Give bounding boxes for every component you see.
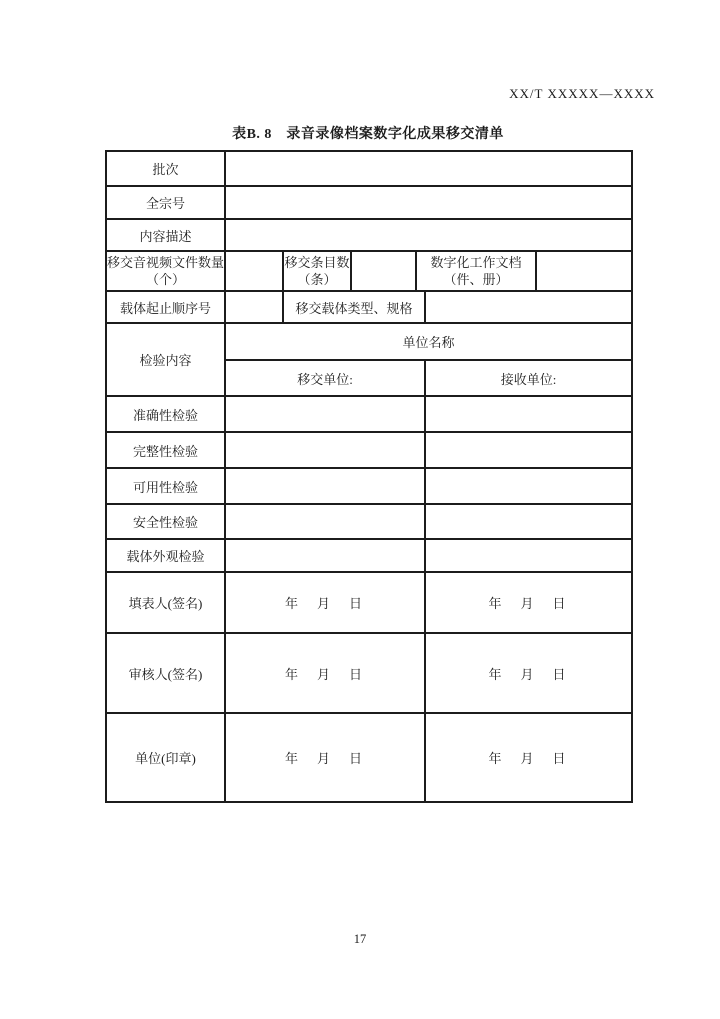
workdoc-unit: （件、册）: [417, 271, 535, 288]
unit-seal-label: 单位(印章): [106, 713, 225, 802]
row-fonds: 全宗号: [106, 186, 632, 219]
check-usability-transfer-cell: [225, 468, 425, 504]
row-check-security: 安全性检验: [106, 504, 632, 539]
row-reviewer: 审核人(签名) 年 月 日 年 月 日: [106, 633, 632, 713]
row-counts: 移交音视频文件数量 （个） 移交条目数 （条） 数字化工作文档 （件、册）: [106, 251, 632, 291]
row-check-accuracy: 准确性检验: [106, 396, 632, 432]
av-count-unit: （个）: [107, 271, 224, 288]
check-integrity-transfer-cell: [225, 432, 425, 468]
check-appearance-label: 载体外观检验: [106, 539, 225, 572]
row-unit-seal: 单位(印章) 年 月 日 年 月 日: [106, 713, 632, 802]
check-accuracy-label: 准确性检验: [106, 396, 225, 432]
unit-seal-receive-date: 年 月 日: [425, 713, 632, 802]
page-number: 17: [0, 932, 720, 947]
transfer-unit-label: 移交单位:: [225, 360, 425, 396]
entry-count-label-line1: 移交条目数: [284, 254, 350, 271]
check-appearance-transfer-cell: [225, 539, 425, 572]
reviewer-label: 审核人(签名): [106, 633, 225, 713]
check-integrity-receive-cell: [425, 432, 632, 468]
batch-label: 批次: [106, 151, 225, 186]
row-content-desc: 内容描述: [106, 219, 632, 251]
av-count-value-cell: [225, 251, 283, 291]
av-count-label: 移交音视频文件数量 （个）: [106, 251, 225, 291]
check-usability-label: 可用性检验: [106, 468, 225, 504]
row-batch: 批次: [106, 151, 632, 186]
content-desc-label: 内容描述: [106, 219, 225, 251]
row-check-usability: 可用性检验: [106, 468, 632, 504]
content-desc-value-cell: [225, 219, 632, 251]
workdoc-label: 数字化工作文档 （件、册）: [416, 251, 536, 291]
form-filler-transfer-date: 年 月 日: [225, 572, 425, 633]
check-security-label: 安全性检验: [106, 504, 225, 539]
fonds-label: 全宗号: [106, 186, 225, 219]
row-check-integrity: 完整性检验: [106, 432, 632, 468]
standard-doc-code: XX/T XXXXX—XXXX: [105, 86, 655, 102]
transfer-form-table: 批次 全宗号 内容描述 移交音视频文件数量 （个） 移交条目数 （条）: [105, 150, 633, 803]
unit-name-header: 单位名称: [225, 323, 632, 360]
row-carrier: 载体起止顺序号 移交载体类型、规格: [106, 291, 632, 323]
unit-seal-transfer-date: 年 月 日: [225, 713, 425, 802]
form-filler-receive-date: 年 月 日: [425, 572, 632, 633]
check-usability-receive-cell: [425, 468, 632, 504]
carrier-seq-label: 载体起止顺序号: [106, 291, 225, 323]
row-unit-name-header: 检验内容 单位名称: [106, 323, 632, 360]
table-title: 表B. 8 录音录像档案数字化成果移交清单: [105, 123, 631, 143]
carrier-seq-value-cell: [225, 291, 283, 323]
row-form-filler: 填表人(签名) 年 月 日 年 月 日: [106, 572, 632, 633]
check-security-receive-cell: [425, 504, 632, 539]
form-filler-label: 填表人(签名): [106, 572, 225, 633]
inspection-label: 检验内容: [106, 323, 225, 396]
row-check-appearance: 载体外观检验: [106, 539, 632, 572]
check-security-transfer-cell: [225, 504, 425, 539]
reviewer-transfer-date: 年 月 日: [225, 633, 425, 713]
entry-count-unit: （条）: [284, 271, 350, 288]
workdoc-value-cell: [536, 251, 632, 291]
batch-value-cell: [225, 151, 632, 186]
check-integrity-label: 完整性检验: [106, 432, 225, 468]
reviewer-receive-date: 年 月 日: [425, 633, 632, 713]
check-appearance-receive-cell: [425, 539, 632, 572]
entry-count-label: 移交条目数 （条）: [283, 251, 351, 291]
receive-unit-label: 接收单位:: [425, 360, 632, 396]
document-page: XX/T XXXXX—XXXX 表B. 8 录音录像档案数字化成果移交清单 批次…: [0, 0, 720, 1019]
carrier-type-value-cell: [425, 291, 632, 323]
check-accuracy-receive-cell: [425, 396, 632, 432]
av-count-label-line1: 移交音视频文件数量: [107, 254, 224, 271]
entry-count-value-cell: [351, 251, 416, 291]
workdoc-label-line1: 数字化工作文档: [417, 254, 535, 271]
carrier-type-label: 移交载体类型、规格: [283, 291, 425, 323]
check-accuracy-transfer-cell: [225, 396, 425, 432]
fonds-value-cell: [225, 186, 632, 219]
